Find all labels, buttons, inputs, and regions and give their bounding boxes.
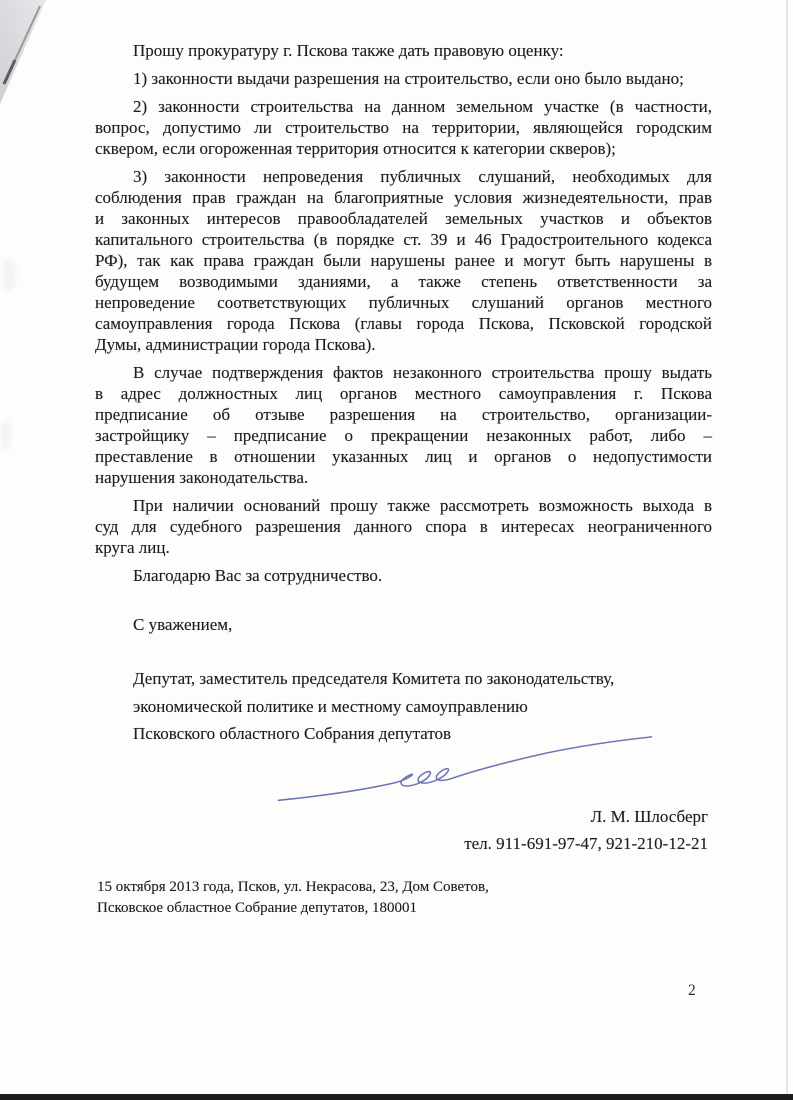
page-number: 2 xyxy=(688,982,696,1000)
paragraph-line: нарушения законодательства. xyxy=(95,467,712,488)
scan-smudge xyxy=(2,258,16,292)
paragraph-line: вопрос, допустимо ли строительство на те… xyxy=(95,117,712,138)
handwritten-signature xyxy=(265,733,665,808)
paragraph-line: непроведение соответствующих публичных с… xyxy=(95,292,712,313)
footer-line: 15 октября 2013 года, Псков, ул. Некрасо… xyxy=(97,877,657,898)
scanned-letter-page: Прошу прокуратуру г. Пскова также дать п… xyxy=(0,0,793,1100)
paragraph-line: Благодарю Вас за сотрудничество. xyxy=(95,565,712,586)
letter-footer: 15 октября 2013 года, Псков, ул. Некрасо… xyxy=(97,877,657,919)
paragraph: 3) законности непроведения публичных слу… xyxy=(95,166,712,355)
footer-line: Псковское областное Собрание депутатов, … xyxy=(97,898,657,919)
paragraph-line: Думы, администрации города Пскова). xyxy=(95,334,712,355)
closing-salutation: С уважением, xyxy=(95,614,712,635)
paragraph-line: 2) законности строительства на данном зе… xyxy=(95,96,712,117)
letter-paragraphs: Прошу прокуратуру г. Пскова также дать п… xyxy=(95,40,712,586)
paragraph-line: соблюдения прав граждан на благоприятные… xyxy=(95,187,712,208)
paragraph: В случае подтверждения фактов незаконног… xyxy=(95,362,712,488)
paragraph-line: преставление в отношении указанных лиц и… xyxy=(95,446,712,467)
paragraph-line: круга лиц. xyxy=(95,537,712,558)
paragraph-line: сквером, если огороженная территория отн… xyxy=(95,138,712,159)
paragraph-line: РФ), так как права граждан были нарушены… xyxy=(95,250,712,271)
scan-bottom-bar xyxy=(0,1094,793,1100)
paragraph-line: При наличии оснований прошу также рассмо… xyxy=(95,495,712,516)
paragraph-line: и законных интересов правообладателей зе… xyxy=(95,208,712,229)
corner-fold-shape xyxy=(0,0,46,104)
signature-title-line: Депутат, заместитель председателя Комите… xyxy=(95,665,712,693)
paragraph-line: предписание об отзыве разрешения на стро… xyxy=(95,404,712,425)
paragraph-line: в адрес должностных лиц органов местного… xyxy=(95,383,712,404)
signer-phone: тел. 911-691-97-47, 921-210-12-21 xyxy=(95,830,708,857)
paragraph-line: капитального строительства (в порядке ст… xyxy=(95,229,712,250)
scan-right-edge xyxy=(786,0,788,1100)
paragraph-line: Прошу прокуратуру г. Пскова также дать п… xyxy=(95,40,712,61)
paragraph-line: застройщику – предписание о прекращении … xyxy=(95,425,712,446)
paragraph-line: самоуправления города Пскова (главы горо… xyxy=(95,313,712,334)
paragraph: Прошу прокуратуру г. Пскова также дать п… xyxy=(95,40,712,61)
paragraph-line: 3) законности непроведения публичных слу… xyxy=(95,166,712,187)
paragraph: 2) законности строительства на данном зе… xyxy=(95,96,712,159)
paragraph-line: В случае подтверждения фактов незаконног… xyxy=(95,362,712,383)
signer-block: Л. М. Шлосберг тел. 911-691-97-47, 921-2… xyxy=(95,803,712,857)
paragraph: 1) законности выдачи разрешения на строи… xyxy=(95,68,712,89)
scan-corner-artifact xyxy=(0,0,60,110)
paragraph-line: 1) законности выдачи разрешения на строи… xyxy=(95,68,712,89)
signature-title-line: экономической политике и местному самоуп… xyxy=(95,693,712,721)
scan-smudge xyxy=(1,420,11,450)
paragraph: При наличии оснований прошу также рассмо… xyxy=(95,495,712,558)
paragraph: Благодарю Вас за сотрудничество. xyxy=(95,565,712,586)
paragraph-line: будущем возводимыми зданиями, а также ст… xyxy=(95,271,712,292)
paragraph-line: суд для судебного разрешения данного спо… xyxy=(95,516,712,537)
